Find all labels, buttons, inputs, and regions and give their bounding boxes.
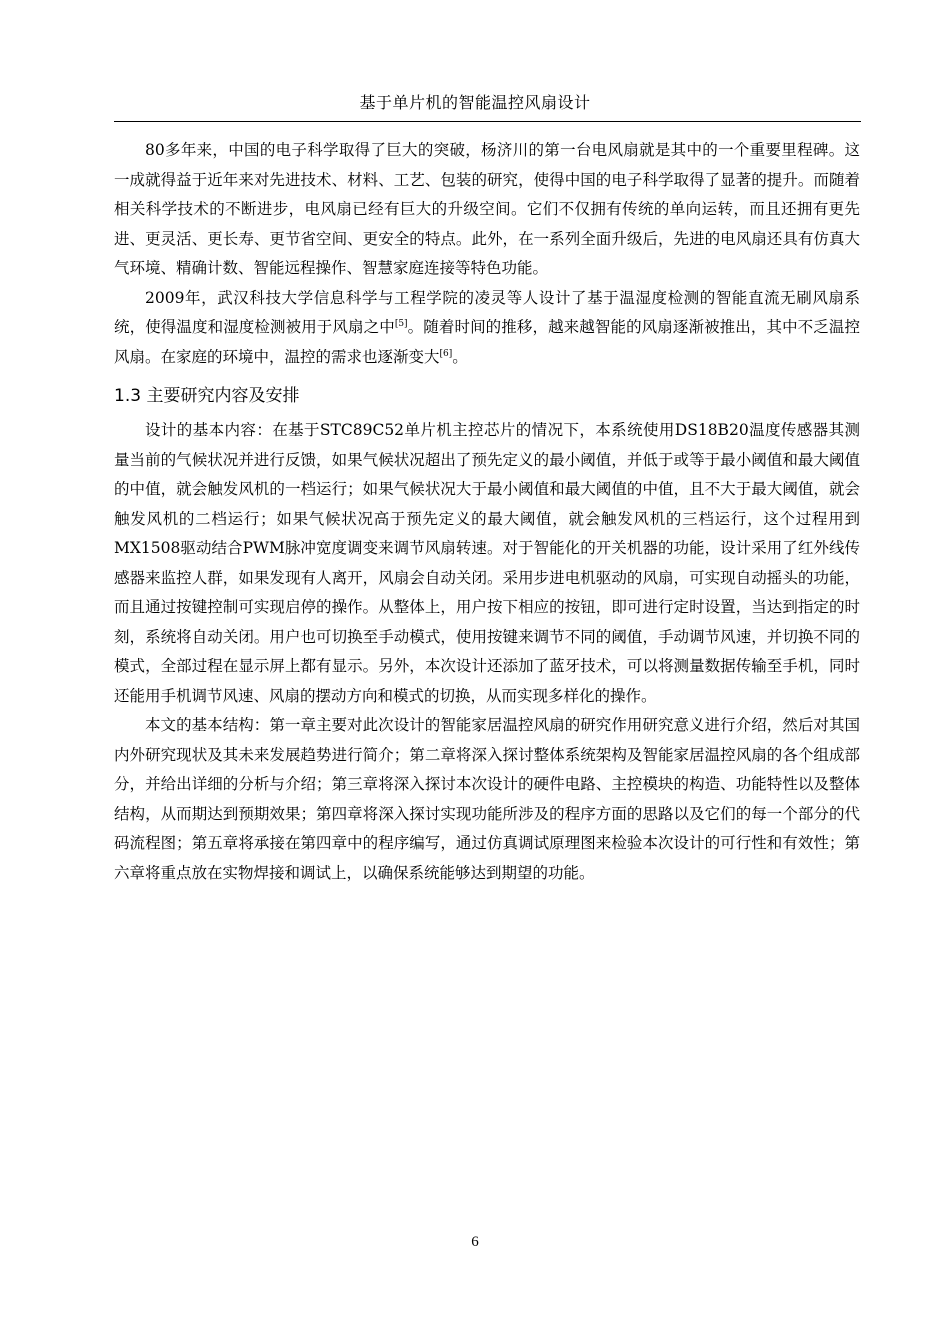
citation-6: [6]: [440, 348, 453, 358]
running-header-title: 基于单片机的智能温控风扇设计: [0, 90, 950, 113]
paragraph-text: 。: [452, 348, 468, 366]
section-heading: 1.3 主要研究内容及安排: [114, 382, 860, 410]
header-divider: [114, 121, 861, 122]
paragraph-history: 80多年来，中国的电子科学取得了巨大的突破，杨济川的第一台电风扇就是其中的一个重…: [114, 136, 860, 284]
citation-5: [5]: [395, 319, 408, 329]
page-body: 80多年来，中国的电子科学取得了巨大的突破，杨济川的第一台电风扇就是其中的一个重…: [114, 136, 860, 888]
paragraph-thesis-structure: 本文的基本结构：第一章主要对此次设计的智能家居温控风扇的研究作用研究意义进行介绍…: [114, 711, 860, 888]
page-number: 6: [0, 1234, 950, 1251]
paragraph-design-content: 设计的基本内容：在基于STC89C52单片机主控芯片的情况下，本系统使用DS18…: [114, 416, 860, 711]
paragraph-related-work: 2009年，武汉科技大学信息科学与工程学院的凌灵等人设计了基于温湿度检测的智能直…: [114, 284, 860, 373]
